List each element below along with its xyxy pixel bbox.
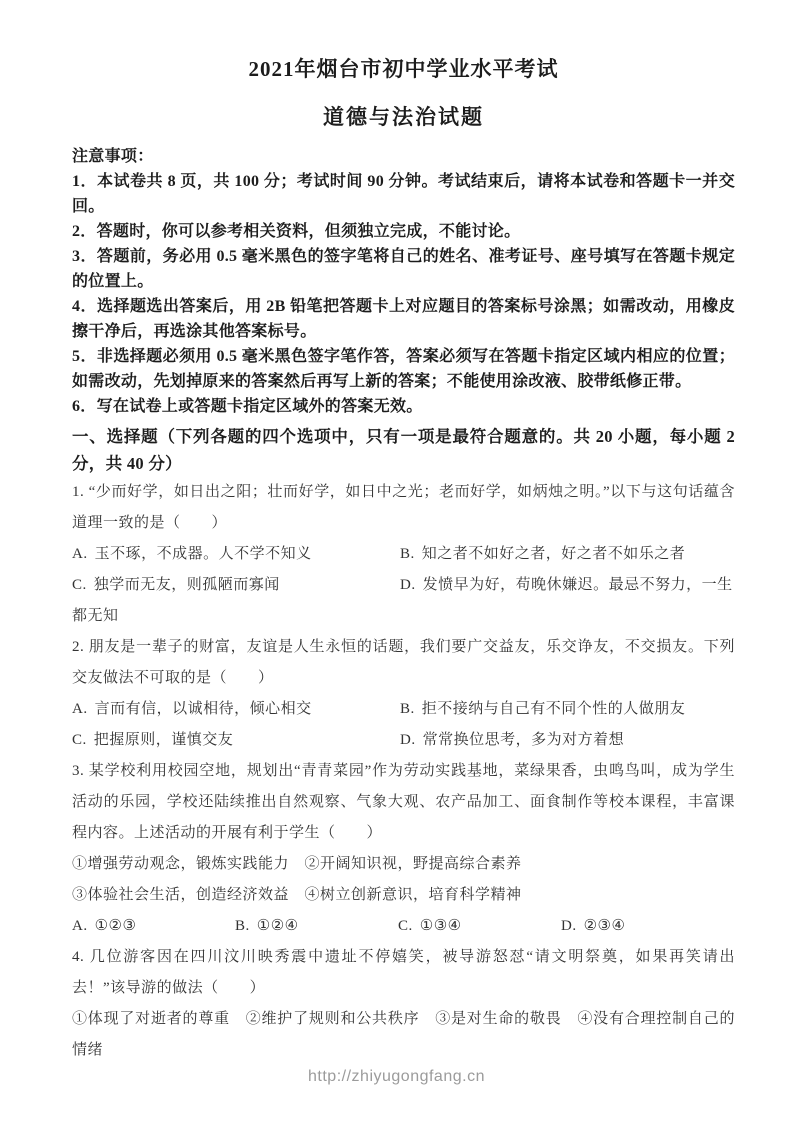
question-2-option-c: C.把握原则，谨慎交友 (72, 725, 400, 756)
option-label: B. (235, 918, 250, 934)
option-label: A. (72, 701, 88, 717)
question-1-stem: 1. “少而好学，如日出之阳；壮而好学，如日中之光；老而好学，如炳烛之明。”以下… (72, 477, 735, 539)
option-text: ①③④ (420, 918, 462, 934)
notice-item-5: 5．非选择题必须用 0.5 毫米黑色签字笔作答，答案必须写在答题卡指定区域内相应… (72, 344, 735, 394)
question-3-choice-a: A.①②③ (72, 911, 235, 942)
question-3-subitems-line-2: ③体验社会生活，创造经济效益 ④树立创新意识，培育科学精神 (72, 880, 735, 911)
question-2: 2. 朋友是一辈子的财富，友谊是人生永恒的话题，我们要广交益友，乐交诤友，不交损… (72, 632, 735, 756)
question-1-option-a: A.玉不琢，不成器。人不学不知义 (72, 539, 400, 570)
option-label: C. (398, 918, 413, 934)
option-label: B. (400, 701, 415, 717)
option-label: D. (400, 732, 416, 748)
option-text: 拒不接纳与自己有不同个性的人做朋友 (422, 701, 686, 717)
option-text: 独学而无友，则孤陋而寡闻 (94, 577, 280, 593)
notice-item-6: 6．写在试卷上或答题卡指定区域外的答案无效。 (72, 394, 735, 419)
page-title: 2021年烟台市初中学业水平考试 (72, 56, 735, 82)
option-text: 把握原则，谨慎交友 (94, 732, 234, 748)
notice-section: 注意事项： 1．本试卷共 8 页，共 100 分；考试时间 90 分钟。考试结束… (72, 144, 735, 419)
question-4: 4. 几位游客因在四川汶川映秀震中遗址不停嬉笑，被导游怒怼“请文明祭奠，如果再笑… (72, 942, 735, 1066)
option-label: C. (72, 732, 87, 748)
option-label: B. (400, 546, 415, 562)
question-1-option-c: C.独学而无友，则孤陋而寡闻 (72, 570, 400, 601)
question-1-options-row-2: C.独学而无友，则孤陋而寡闻D.发愤早为好，苟晚休嫌迟。最忌不努力，一生都无知 (72, 570, 735, 632)
question-2-stem: 2. 朋友是一辈子的财富，友谊是人生永恒的话题，我们要广交益友，乐交诤友，不交损… (72, 632, 735, 694)
option-label: A. (72, 546, 88, 562)
question-2-option-a: A.言而有信，以诚相待，倾心相交 (72, 694, 400, 725)
question-1: 1. “少而好学，如日出之阳；壮而好学，如日中之光；老而好学，如炳烛之明。”以下… (72, 477, 735, 632)
question-3-choice-b: B.①②④ (235, 911, 398, 942)
questions-area: 1. “少而好学，如日出之阳；壮而好学，如日中之光；老而好学，如炳烛之明。”以下… (72, 477, 735, 1066)
question-3-choices-row: A.①②③B.①②④C.①③④D.②③④ (72, 911, 735, 942)
option-label: A. (72, 918, 88, 934)
watermark-url: http://zhiyugongfang.cn (0, 1068, 793, 1086)
option-text: 常常换位思考，多为对方着想 (423, 732, 625, 748)
option-label: D. (400, 577, 416, 593)
notice-item-4: 4．选择题选出答案后，用 2B 铅笔把答题卡上对应题目的答案标号涂黑；如需改动，… (72, 294, 735, 344)
option-label: C. (72, 577, 87, 593)
question-3-choice-c: C.①③④ (398, 911, 561, 942)
option-text: 玉不琢，不成器。人不学不知义 (95, 546, 312, 562)
question-2-options-row-1: A.言而有信，以诚相待，倾心相交B.拒不接纳与自己有不同个性的人做朋友 (72, 694, 735, 725)
page-subtitle: 道德与法治试题 (72, 104, 735, 130)
option-label: D. (561, 918, 577, 934)
question-1-options-row-1: A.玉不琢，不成器。人不学不知义B.知之者不如好之者，好之者不如乐之者 (72, 539, 735, 570)
option-text: ①②④ (257, 918, 299, 934)
notice-item-3: 3．答题前，务必用 0.5 毫米黑色的签字笔将自己的姓名、准考证号、座号填写在答… (72, 244, 735, 294)
question-3-stem: 3. 某学校利用校园空地，规划出“青青菜园”作为劳动实践基地，菜绿果香，虫鸣鸟叫… (72, 756, 735, 849)
notice-heading: 注意事项： (72, 144, 735, 169)
question-4-subitems-line: ①体现了对逝者的尊重 ②维护了规则和公共秩序 ③是对生命的敬畏 ④没有合理控制自… (72, 1004, 735, 1066)
exam-paper-page: 2021年烟台市初中学业水平考试 道德与法治试题 注意事项： 1．本试卷共 8 … (0, 0, 793, 1122)
option-text: 知之者不如好之者，好之者不如乐之者 (422, 546, 686, 562)
question-3-subitems-line-1: ①增强劳动观念，锻炼实践能力 ②开阔知识视，野提高综合素养 (72, 849, 735, 880)
question-4-stem: 4. 几位游客因在四川汶川映秀震中遗址不停嬉笑，被导游怒怼“请文明祭奠，如果再笑… (72, 942, 735, 1004)
notice-item-2: 2．答题时，你可以参考相关资料，但须独立完成，不能讨论。 (72, 219, 735, 244)
question-3-choice-d: D.②③④ (561, 911, 625, 942)
section-heading: 一、选择题（下列各题的四个选项中，只有一项是最符合题意的。共 20 小题，每小题… (72, 423, 735, 477)
question-2-options-row-2: C.把握原则，谨慎交友D.常常换位思考，多为对方着想 (72, 725, 735, 756)
option-text: 言而有信，以诚相待，倾心相交 (95, 701, 312, 717)
option-text: ②③④ (584, 918, 626, 934)
question-3: 3. 某学校利用校园空地，规划出“青青菜园”作为劳动实践基地，菜绿果香，虫鸣鸟叫… (72, 756, 735, 942)
notice-item-1: 1．本试卷共 8 页，共 100 分；考试时间 90 分钟。考试结束后，请将本试… (72, 169, 735, 219)
option-text: ①②③ (95, 918, 137, 934)
